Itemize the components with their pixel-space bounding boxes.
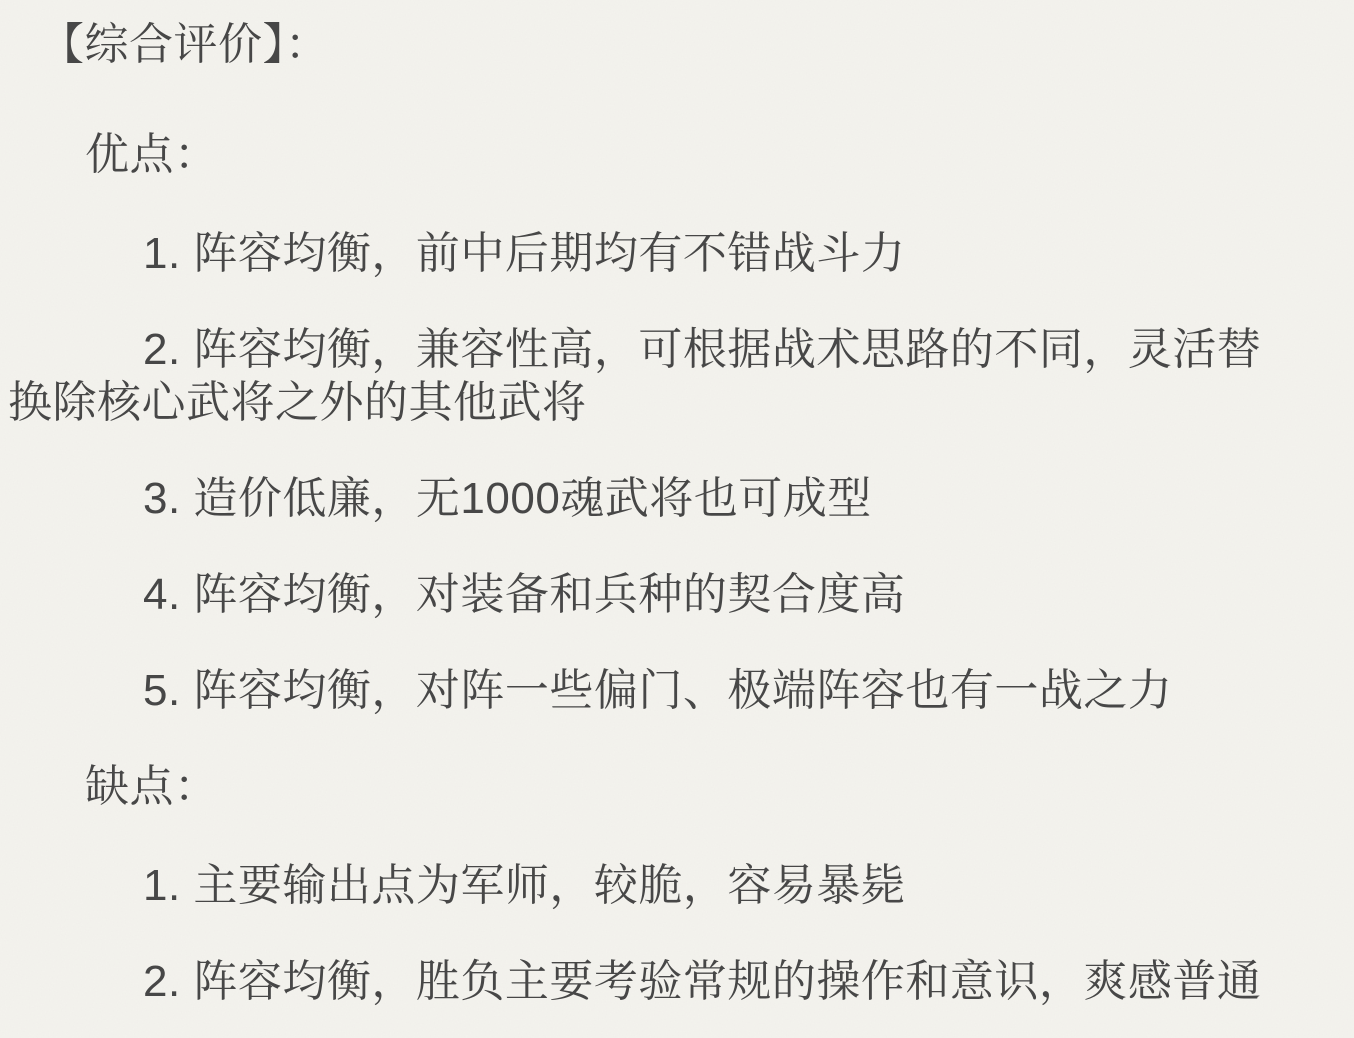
pros-heading: 优点： <box>8 128 1346 181</box>
pros-item-4: 4. 阵容均衡，对装备和兵种的契合度高 <box>8 568 1346 621</box>
cons-heading: 缺点： <box>8 760 1346 813</box>
cons-item-1: 1. 主要输出点为军师，较脆，容易暴毙 <box>8 859 1346 912</box>
note-document: 【综合评价】： 优点： 1. 阵容均衡，前中后期均有不错战斗力 2. 阵容均衡，… <box>0 0 1354 1038</box>
section-cons: 缺点： 1. 主要输出点为军师，较脆，容易暴毙 2. 阵容均衡，胜负主要考验常规… <box>8 760 1346 1008</box>
section-pros: 优点： 1. 阵容均衡，前中后期均有不错战斗力 2. 阵容均衡，兼容性高，可根据… <box>8 128 1346 717</box>
pros-item-2: 2. 阵容均衡，兼容性高，可根据战术思路的不同，灵活替 换除核心武将之外的其他武… <box>8 323 1346 429</box>
pros-item-1: 1. 阵容均衡，前中后期均有不错战斗力 <box>8 227 1346 280</box>
pros-item-5: 5. 阵容均衡，对阵一些偏门、极端阵容也有一战之力 <box>8 664 1346 717</box>
document-title: 【综合评价】： <box>8 18 1346 71</box>
cons-item-2: 2. 阵容均衡，胜负主要考验常规的操作和意识，爽感普通 <box>8 955 1346 1008</box>
pros-item-3: 3. 造价低廉，无1000魂武将也可成型 <box>8 472 1346 525</box>
